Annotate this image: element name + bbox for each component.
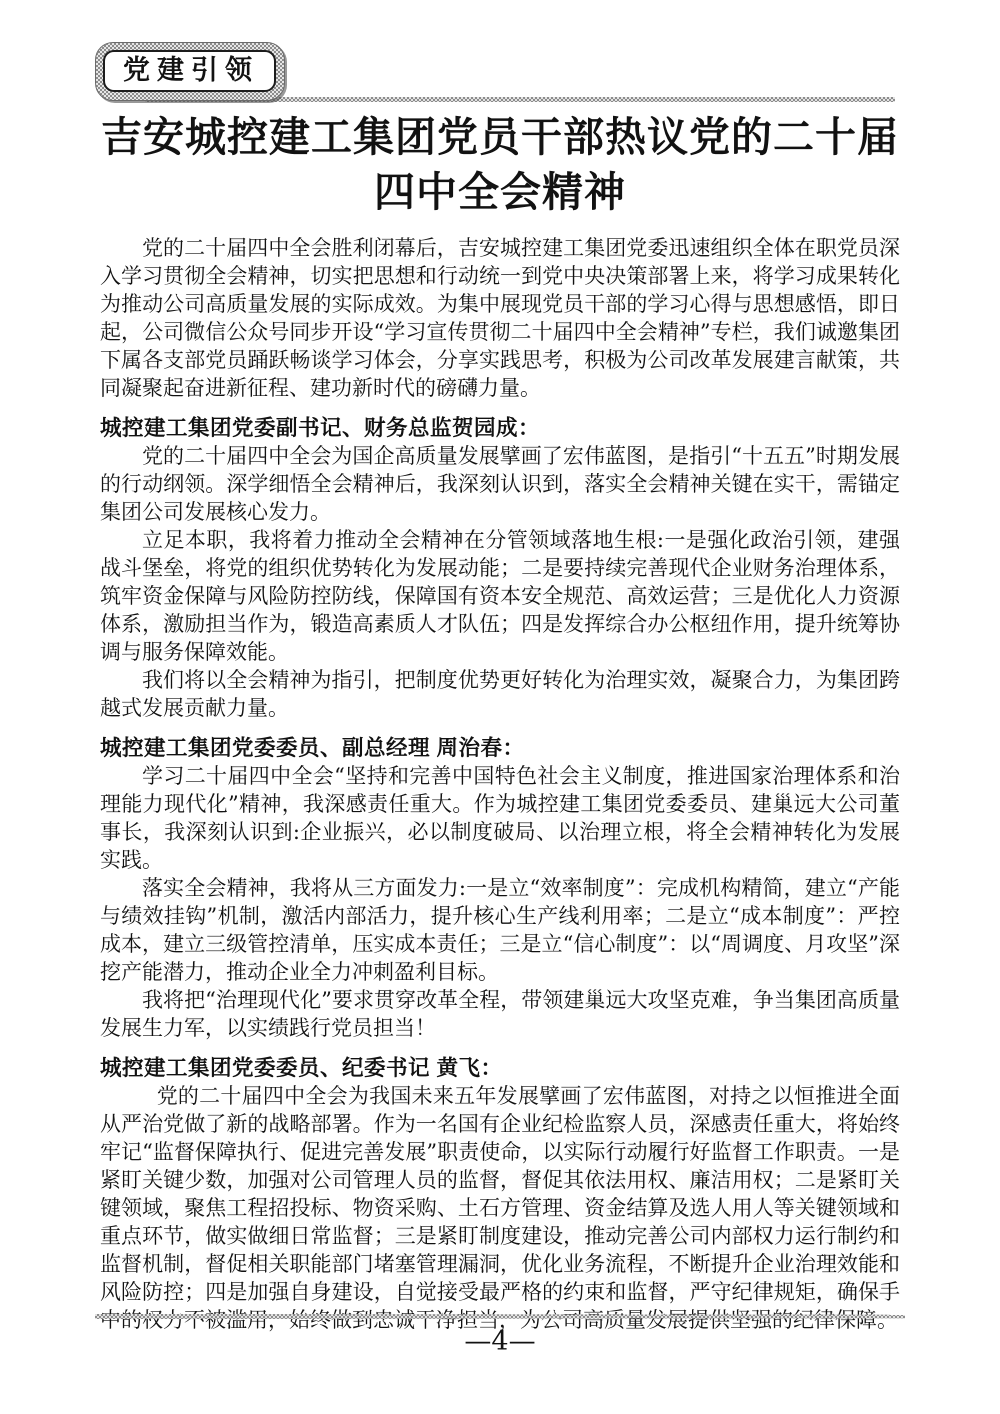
section-paragraph: 学习二十届四中全会“坚持和完善中国特色社会主义制度，推进国家治理体系和治理能力现… <box>100 762 900 874</box>
section-heading: 城控建工集团党委委员、副总经理 周治春： <box>100 734 900 762</box>
document-page: 党建引领 吉安城控建工集团党员干部热议党的二十届 四中全会精神 党的二十届四中全… <box>0 0 1000 1414</box>
section-paragraph: 我们将以全会精神为指引，把制度优势更好转化为治理实效，凝聚合力，为集团跨越式发展… <box>100 666 900 722</box>
footer-rule <box>95 1314 905 1319</box>
intro-paragraph: 党的二十届四中全会胜利闭幕后，吉安城控建工集团党委迅速组织全体在职党员深入学习贯… <box>100 234 900 402</box>
masthead: 党建引领 <box>95 42 895 106</box>
party-building-badge-label: 党建引领 <box>103 50 276 92</box>
section-paragraph: 落实全会精神，我将从三方面发力:一是立“效率制度”：完成机构精简，建立“产能与绩… <box>100 874 900 986</box>
article-title-line-1: 吉安城控建工集团党员干部热议党的二十届 <box>100 110 900 165</box>
section-he-yuancheng: 城控建工集团党委副书记、财务总监贺园成： 党的二十届四中全会为国企高质量发展擘画… <box>100 414 900 722</box>
section-heading: 城控建工集团党委委员、纪委书记 黄飞： <box>100 1054 900 1082</box>
article-title: 吉安城控建工集团党员干部热议党的二十届 四中全会精神 <box>100 110 900 220</box>
party-building-badge: 党建引领 <box>95 42 285 101</box>
article-body: 党的二十届四中全会胜利闭幕后，吉安城控建工集团党委迅速组织全体在职党员深入学习贯… <box>100 234 900 1334</box>
section-paragraph: 党的二十届四中全会为我国未来五年发展擘画了宏伟蓝图，对持之以恒推进全面从严治党做… <box>100 1082 900 1334</box>
section-zhou-zhichun: 城控建工集团党委委员、副总经理 周治春： 学习二十届四中全会“坚持和完善中国特色… <box>100 734 900 1042</box>
page-number: —4— <box>0 1326 1000 1358</box>
article: 吉安城控建工集团党员干部热议党的二十届 四中全会精神 党的二十届四中全会胜利闭幕… <box>100 110 900 1334</box>
section-paragraph: 党的二十届四中全会为国企高质量发展擘画了宏伟蓝图，是指引“十五五”时期发展的行动… <box>100 442 900 526</box>
section-heading: 城控建工集团党委副书记、财务总监贺园成： <box>100 414 900 442</box>
section-paragraph: 我将把“治理现代化”要求贯穿改革全程，带领建巢远大攻坚克难，争当集团高质量发展生… <box>100 986 900 1042</box>
section-paragraph: 立足本职，我将着力推动全会精神在分管领域落地生根:一是强化政治引领，建强战斗堡垒… <box>100 526 900 666</box>
section-huang-fei: 城控建工集团党委委员、纪委书记 黄飞： 党的二十届四中全会为我国未来五年发展擘画… <box>100 1054 900 1334</box>
article-title-line-2: 四中全会精神 <box>100 165 900 220</box>
